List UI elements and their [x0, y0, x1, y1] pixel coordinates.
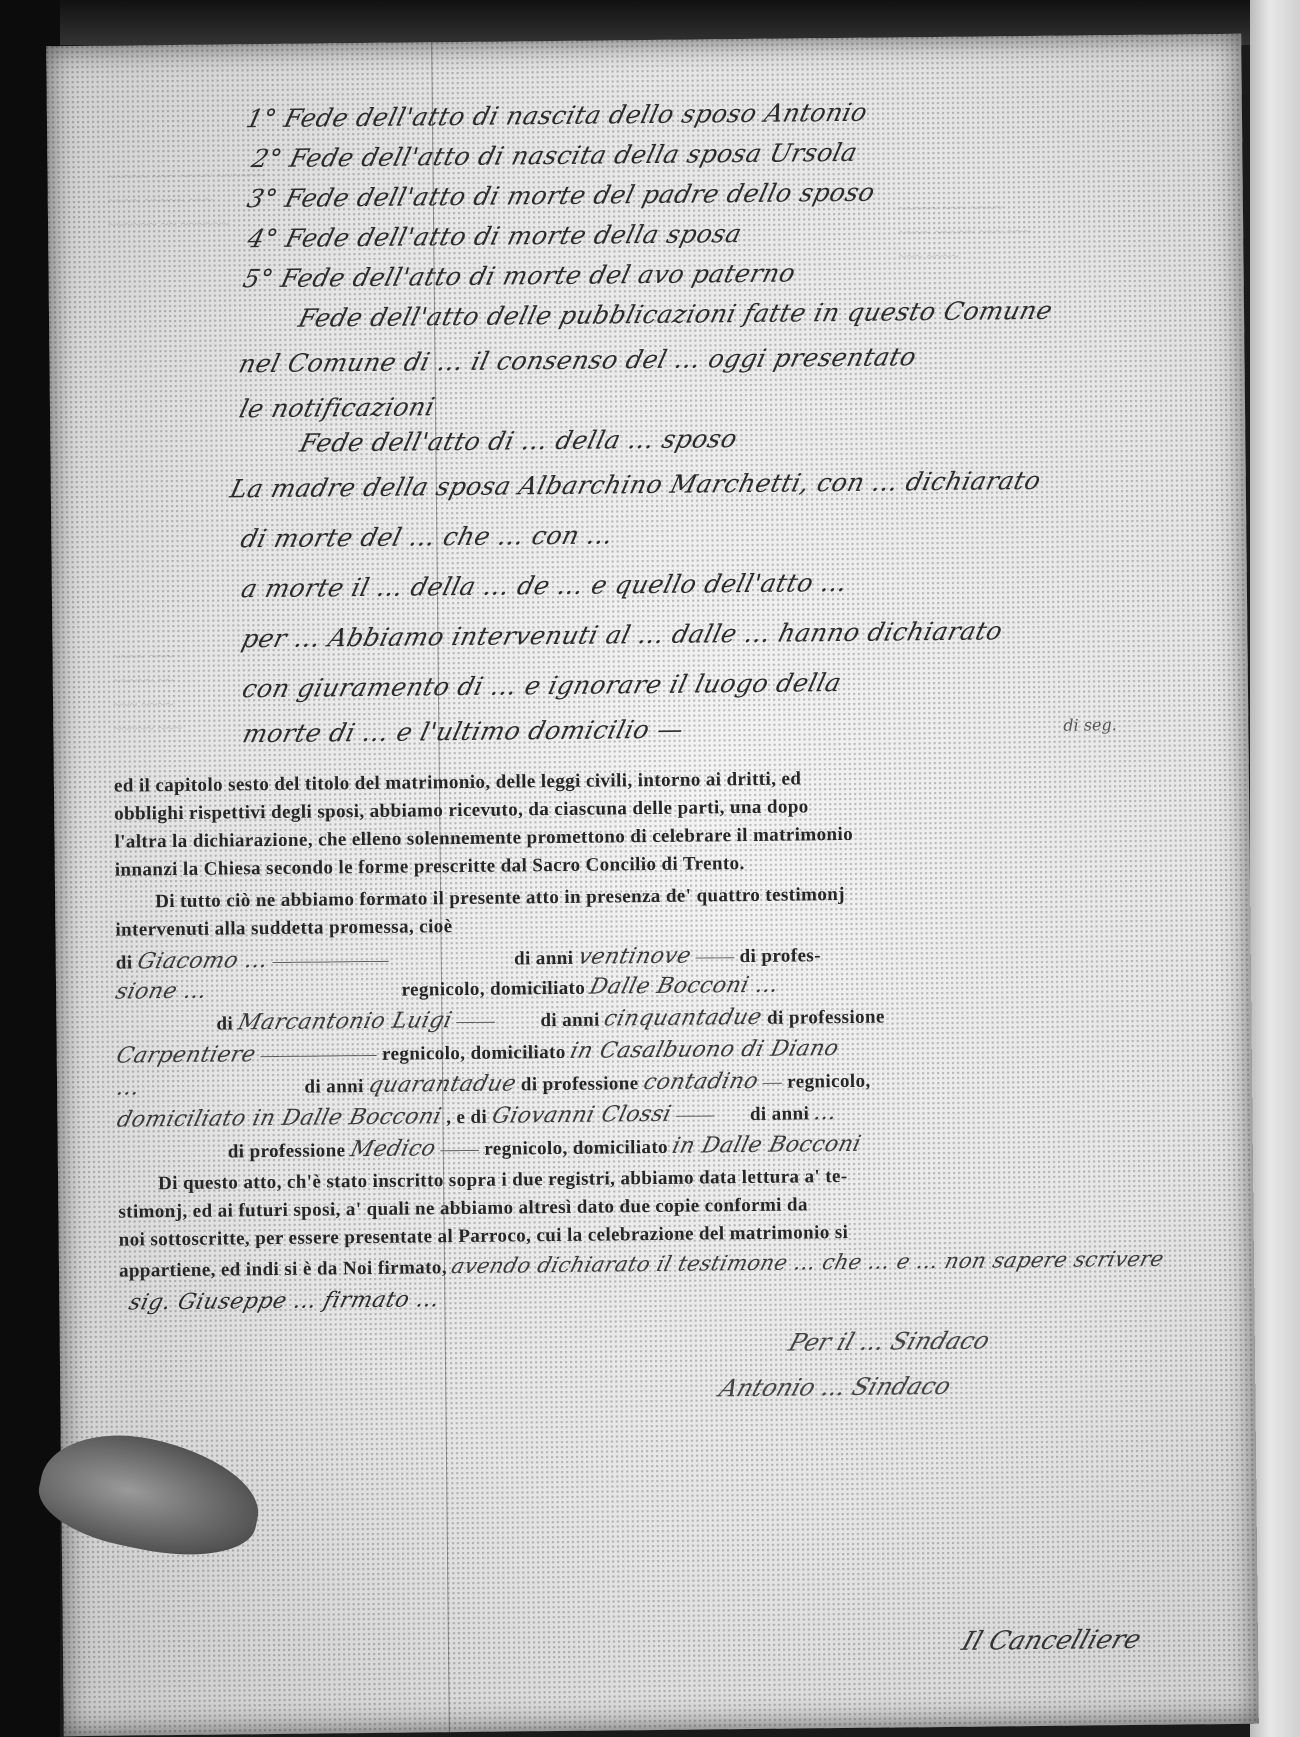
- handwritten-line: per ... Abbiamo intervenuti al ... dalle…: [239, 616, 1006, 653]
- handwritten-line: con giuramento di ... e ignorare il luog…: [239, 668, 844, 703]
- witness-profession: sione ...: [113, 979, 209, 1005]
- witness-name: Giovanni Clossi: [489, 1102, 673, 1129]
- age-label: di anni: [304, 1076, 364, 1098]
- handwritten-line: le notificazioni: [237, 392, 438, 423]
- witness-name: ...: [114, 1075, 142, 1100]
- witness-residence: in Casalbuono di Diano: [568, 1036, 842, 1064]
- printed-line: stimonj, ed ai futuri sposi, a' quali ne…: [118, 1194, 808, 1223]
- witness-profession: Medico: [348, 1136, 439, 1162]
- printed-line: innanzi la Chiesa secondo le forme presc…: [115, 853, 745, 882]
- handwritten-line: 3° Fede dell'atto di morte del padre del…: [244, 178, 878, 214]
- witness-1-line-2: sione ... regnicolo, domiciliato Dalle B…: [116, 973, 779, 1005]
- printed-line: Di tutto ciò ne abbiamo formato il prese…: [155, 884, 845, 913]
- bleed-through-text: ~~~~~ ~~~ ~~~~~~~~ ~~~~~ ~~~ ~~~~~~ ~~~~: [898, 194, 1199, 269]
- witness-1-line: di Giacomo ... —————— di anni ventinove …: [116, 942, 821, 974]
- witness-residence: in Dalle Bocconi: [670, 1132, 864, 1159]
- witness-age: ventinove: [576, 944, 694, 970]
- printed-line: noi sottoscritte, per essere presentate …: [119, 1222, 849, 1252]
- witness-residence: Dalle Bocconi ...: [587, 973, 781, 1000]
- handwritten-line: di morte del ... che ... con ...: [238, 520, 616, 553]
- adjacent-page-edge: [1250, 0, 1300, 1737]
- witness-status: regnicolo, domiciliato: [401, 978, 585, 1001]
- witness-residence: domiciliato in Dalle Bocconi: [114, 1104, 444, 1132]
- printed-line: ed il capitolo sesto del titolo del matr…: [114, 768, 802, 797]
- printed-line: intervenuti alla suddetta promessa, cioè: [115, 916, 452, 942]
- printed-fragment: appartiene, ed indi si è da Noi firmato,: [119, 1257, 447, 1281]
- handwritten-line: 1° Fede dell'atto di nascita dello sposo…: [243, 98, 870, 134]
- age-label: di anni: [514, 948, 574, 970]
- witness-4-line-2: di professione Medico —— regnicolo, domi…: [228, 1132, 862, 1164]
- handwritten-line: 2° Fede dell'atto di nascita della sposa…: [249, 138, 861, 173]
- witness-2-line: di Marcantonio Luigi —— di anni cinquant…: [216, 1004, 885, 1036]
- witness-2-line-2: Carpentiere —————— regnicolo, domiciliat…: [117, 1036, 839, 1069]
- witness-profession: Carpentiere: [114, 1042, 259, 1069]
- handwritten-line: nel Comune di ... il consenso del ... og…: [236, 342, 919, 378]
- handwritten-line: La madre della sposa Albarchino Marchett…: [227, 466, 1044, 504]
- witness-prefix: e di: [456, 1107, 487, 1128]
- handwritten-closing-line: sig. Giuseppe ... firmato ...: [126, 1287, 442, 1315]
- witness-age: cinquantadue: [602, 1005, 765, 1032]
- margin-note: di seg.: [1063, 715, 1117, 735]
- witness-age: quarantadue: [366, 1071, 519, 1098]
- printed-line: Di questo atto, ch'è stato inscritto sop…: [158, 1166, 848, 1195]
- handwritten-line: Fede dell'atto delle pubblicazioni fatte…: [296, 296, 1056, 333]
- age-label: di anni: [750, 1103, 810, 1125]
- printed-line: appartiene, ed indi si è da Noi firmato,…: [119, 1247, 1164, 1283]
- handwritten-closing: avendo dichiarato il testimone ... che .…: [449, 1247, 1166, 1279]
- witness-status: regnicolo,: [787, 1071, 871, 1093]
- printed-line: l'altra la dichiarazione, che elleno sol…: [114, 824, 853, 854]
- handwritten-line: Fede dell'atto di ... della ... sposo: [297, 424, 741, 458]
- profession-label: di professione: [521, 1073, 639, 1095]
- witness-name: Giacomo ...: [135, 948, 271, 974]
- witness-name: Marcantonio Luigi: [235, 1008, 454, 1035]
- profession-label: di professione: [228, 1140, 346, 1162]
- printed-line: obblighi rispettivi degli sposi, abbiamo…: [114, 796, 809, 825]
- witness-profession: contadino: [641, 1069, 761, 1095]
- profession-label: di professione: [767, 1007, 885, 1029]
- signature: Antonio ... Sindaco: [716, 1372, 955, 1402]
- signature: Il Cancelliere: [958, 1625, 1145, 1657]
- handwritten-line: 5° Fede dell'atto di morte del avo pater…: [240, 258, 798, 293]
- handwritten-line: 4° Fede dell'atto di morte della sposa: [245, 219, 745, 253]
- witness-age: ...: [811, 1100, 839, 1125]
- profession-label: di profes-: [740, 945, 821, 967]
- witness-status: regnicolo, domiciliato: [382, 1042, 566, 1065]
- witness-3-line: ... di anni quarantadue di professione c…: [117, 1068, 871, 1101]
- witness-3-line-2: domiciliato in Dalle Bocconi , e di Giov…: [117, 1100, 836, 1133]
- witness-prefix: di: [216, 1013, 233, 1034]
- witness-status: regnicolo, domiciliato: [484, 1137, 668, 1160]
- handwritten-line: a morte il ... della ... de ... e quello…: [238, 568, 850, 603]
- signature: Per il ... Sindaco: [785, 1326, 993, 1356]
- witness-prefix: di: [116, 952, 133, 973]
- handwritten-line: morte di ... e l'ultimo domicilio —: [240, 715, 687, 749]
- age-label: di anni: [540, 1010, 600, 1032]
